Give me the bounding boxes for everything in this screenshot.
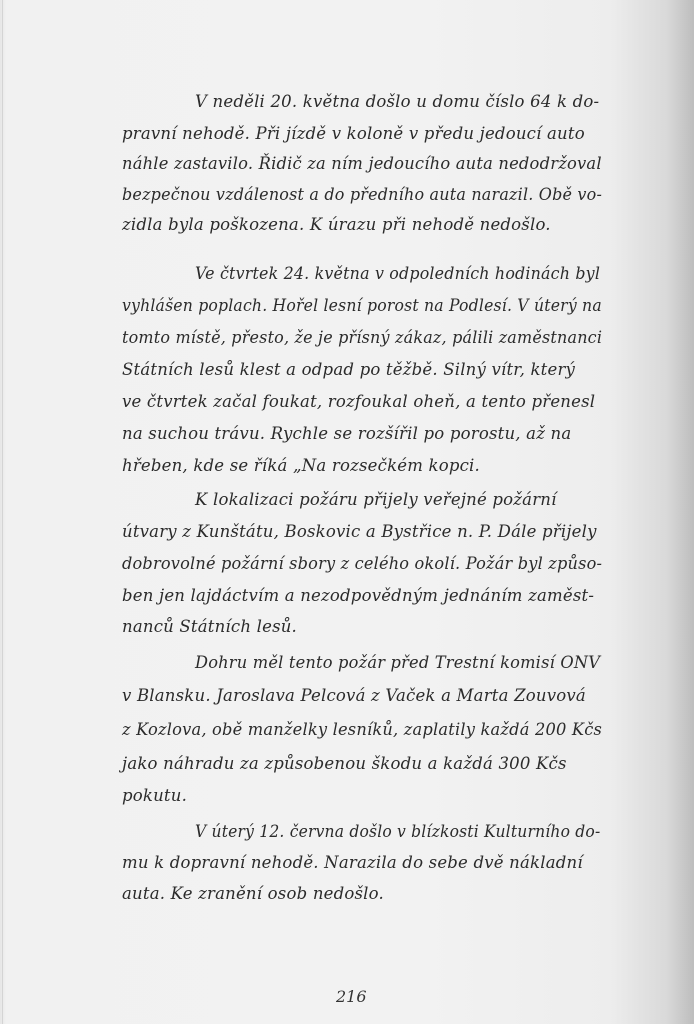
paragraph-4-line-4: jako náhradu za způsobenou škodu a každá…: [122, 754, 602, 774]
paragraph-5-line-1: V úterý 12. června došlo v blízkosti Kul…: [195, 822, 577, 842]
paragraph-1-line-5: zidla byla poškozena. K úrazu při nehodě…: [122, 215, 602, 235]
paragraph-4-line-3: z Kozlova, obě manželky lesníků, zaplati…: [122, 720, 594, 740]
paragraph-4-line-5: pokutu.: [122, 786, 602, 806]
paragraph-2-line-5: ve čtvrtek začal foukat, rozfoukal oheň,…: [122, 392, 602, 412]
paragraph-5-line-2: mu k dopravní nehodě. Narazila do sebe d…: [122, 853, 602, 873]
paragraph-3-line-5: nanců Státních lesů.: [122, 617, 602, 637]
page-binding-edge: [2, 0, 3, 1024]
paragraph-3-line-3: dobrovolné požární sbory z celého okolí.…: [122, 554, 591, 574]
paragraph-2-line-2: vyhlášen poplach. Hořel lesní porost na …: [122, 296, 578, 316]
paragraph-2-line-4: Státních lesů klest a odpad po těžbě. Si…: [122, 360, 602, 380]
paragraph-1-line-1: V neděli 20. května došlo u domu číslo 6…: [195, 92, 600, 112]
paragraph-2-line-1: Ve čtvrtek 24. května v odpoledních hodi…: [195, 264, 584, 284]
paragraph-3-line-2: útvary z Kunštátu, Boskovic a Bystřice n…: [122, 522, 602, 542]
paragraph-5-line-3: auta. Ke zranění osob nedošlo.: [122, 884, 602, 904]
paragraph-1-line-3: náhle zastavilo. Řidič za ním jedoucího …: [122, 154, 596, 174]
handwritten-page: V neděli 20. května došlo u domu číslo 6…: [0, 0, 694, 1024]
paragraph-4-line-2: v Blansku. Jaroslava Pelcová z Vaček a M…: [122, 686, 602, 706]
paragraph-4-line-1: Dohru měl tento požár před Trestní komis…: [195, 653, 593, 673]
paragraph-3-line-4: ben jen lajdáctvím a nezodpovědným jedná…: [122, 586, 602, 606]
paragraph-1-line-2: pravní nehodě. Při jízdě v koloně v před…: [122, 124, 602, 144]
page-number: 216: [336, 987, 367, 1006]
paragraph-3-line-1: K lokalizaci požáru přijely veřejné požá…: [195, 490, 600, 510]
paragraph-2-line-6: na suchou trávu. Rychle se rozšířil po p…: [122, 424, 602, 444]
paragraph-2-line-7: hřeben, kde se říká „Na rozsečkém kopci.: [122, 456, 602, 476]
paragraph-1-line-4: bezpečnou vzdálenost a do předního auta …: [122, 185, 587, 205]
paragraph-2-line-3: tomto místě, přesto, že je přísný zákaz,…: [122, 328, 587, 348]
